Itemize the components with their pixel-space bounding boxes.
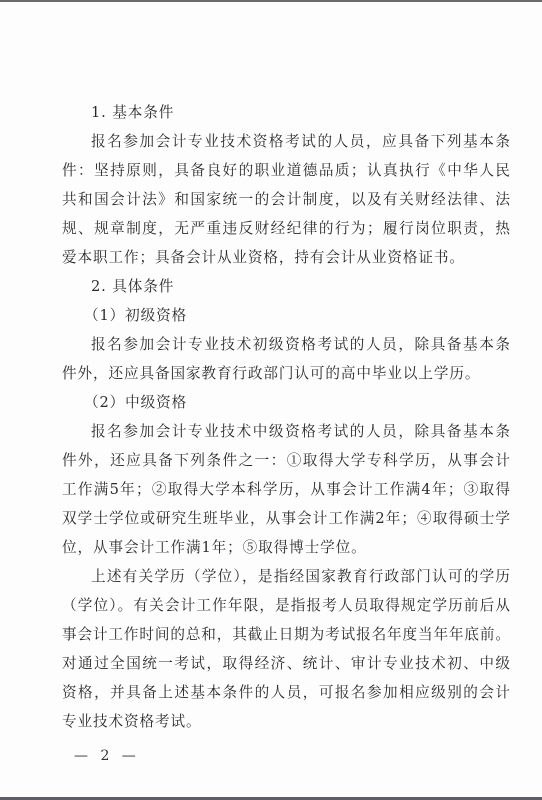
page-number: — 2 — — [74, 748, 140, 764]
paragraph-line: 上述有关学历（学位），是指经国家教育行政部门认可的学历 — [62, 562, 510, 591]
paragraph-line: 资格，并具备上述基本条件的人员，可报名参加相应级别的会计 — [62, 678, 510, 707]
document-page: 1. 基本条件 报名参加会计专业技术资格考试的人员，应具备下列基本条 件：坚持原… — [62, 98, 510, 736]
section-2-heading: 2. 具体条件 — [62, 272, 510, 301]
paragraph-line: 爱本职工作；具备会计从业资格，持有会计从业资格证书。 — [62, 243, 510, 272]
paragraph-line: 双学士学位或研究生班毕业，从事会计工作满2年；④取得硕士学 — [62, 504, 510, 533]
paragraph-line: 件：坚持原则，具备良好的职业道德品质；认真执行《中华人民 — [62, 156, 510, 185]
paragraph-line: 规、规章制度，无严重违反财经纪律的行为；履行岗位职责，热 — [62, 214, 510, 243]
paragraph-line: 件外，还应具备国家教育行政部门认可的高中毕业以上学历。 — [62, 359, 510, 388]
section-1-heading: 1. 基本条件 — [62, 98, 510, 127]
top-border — [0, 0, 542, 2]
paragraph-line: 共和国会计法》和国家统一的会计制度，以及有关财经法律、法 — [62, 185, 510, 214]
paragraph-line: 报名参加会计专业技术初级资格考试的人员，除具备基本条 — [62, 330, 510, 359]
paragraph-line: 事会计工作时间的总和，其截止日期为考试报名年度当年年底前。 — [62, 620, 510, 649]
subsection-junior-heading: （1）初级资格 — [62, 301, 510, 330]
subsection-intermediate-heading: （2）中级资格 — [62, 388, 510, 417]
paragraph-line: 报名参加会计专业技术资格考试的人员，应具备下列基本条 — [62, 127, 510, 156]
paragraph-line: 报名参加会计专业技术中级资格考试的人员，除具备基本条 — [62, 417, 510, 446]
paragraph-line: 位，从事会计工作满1年；⑤取得博士学位。 — [62, 533, 510, 562]
paragraph-line: （学位）。有关会计工作年限，是指报考人员取得规定学历前后从 — [62, 591, 510, 620]
paragraph-line: 对通过全国统一考试，取得经济、统计、审计专业技术初、中级 — [62, 649, 510, 678]
paragraph-line: 工作满5年；②取得大学本科学历，从事会计工作满4年；③取得 — [62, 475, 510, 504]
paragraph-line: 件外，还应具备下列条件之一：①取得大学专科学历，从事会计 — [62, 446, 510, 475]
paragraph-line: 专业技术资格考试。 — [62, 707, 510, 736]
